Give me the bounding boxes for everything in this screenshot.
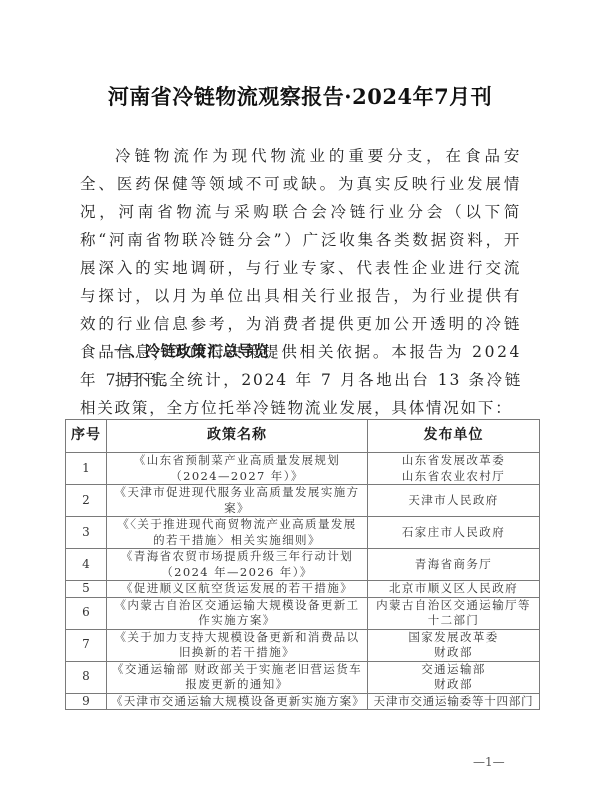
header-no: 序号	[66, 420, 107, 453]
row-no: 4	[66, 549, 107, 581]
row-issuer-line: 山东省农业农村厅	[372, 469, 535, 485]
row-issuer: 青海省商务厅	[368, 549, 540, 581]
header-policy-name: 政策名称	[107, 420, 368, 453]
row-no: 8	[66, 661, 107, 693]
table-header-row: 序号 政策名称 发布单位	[66, 420, 540, 453]
policy-summary-paragraph: 据不完全统计，2024 年 7 月各地出台 13 条冷链相关政策，全方位托举冷链…	[80, 366, 522, 422]
row-policy-name: 《内蒙古自治区交通运输大规模设备更新工作实施方案》	[107, 597, 368, 629]
row-policy-name: 《青海省农贸市场提质升级三年行动计划（2024 年—2026 年）》	[107, 549, 368, 581]
header-issuer: 发布单位	[368, 420, 540, 453]
table-row: 6 《内蒙古自治区交通运输大规模设备更新工作实施方案》 内蒙古自治区交通运输厅等…	[66, 597, 540, 629]
row-no: 7	[66, 629, 107, 661]
row-policy-name: 《天津市促进现代服务业高质量发展实施方案》	[107, 485, 368, 517]
row-issuer: 天津市人民政府	[368, 485, 540, 517]
row-issuer: 国家发展改革委 财政部	[368, 629, 540, 661]
row-issuer: 天津市交通运输委等十四部门	[368, 693, 540, 710]
row-policy-name: 《促进顺义区航空货运发展的若干措施》	[107, 581, 368, 598]
row-policy-name: 《天津市交通运输大规模设备更新实施方案》	[107, 693, 368, 710]
policy-table: 序号 政策名称 发布单位 1 《山东省预制菜产业高质量发展规划（2024—202…	[65, 419, 540, 710]
table-row: 4 《青海省农贸市场提质升级三年行动计划（2024 年—2026 年）》 青海省…	[66, 549, 540, 581]
row-issuer: 内蒙古自治区交通运输厅等十二部门	[368, 597, 540, 629]
row-policy-name: 《交通运输部 财政部关于实施老旧营运货车报废更新的通知》	[107, 661, 368, 693]
row-issuer: 石家庄市人民政府	[368, 517, 540, 549]
row-policy-name: 《〈关于推进现代商贸物流产业高质量发展的若干措施〉相关实施细则》	[107, 517, 368, 549]
row-issuer: 北京市顺义区人民政府	[368, 581, 540, 598]
table-row: 9 《天津市交通运输大规模设备更新实施方案》 天津市交通运输委等十四部门	[66, 693, 540, 710]
table-row: 7 《关于加力支持大规模设备更新和消费品以旧换新的若干措施》 国家发展改革委 财…	[66, 629, 540, 661]
table-row: 3 《〈关于推进现代商贸物流产业高质量发展的若干措施〉相关实施细则》 石家庄市人…	[66, 517, 540, 549]
document-page: 河南省冷链物流观察报告·2024年7月刊 冷链物流作为现代物流业的重要分支，在食…	[0, 0, 600, 800]
row-policy-name: 《山东省预制菜产业高质量发展规划（2024—2027 年）》	[107, 453, 368, 485]
page-number: —1—	[473, 755, 505, 769]
row-no: 3	[66, 517, 107, 549]
row-no: 6	[66, 597, 107, 629]
row-policy-name: 《关于加力支持大规模设备更新和消费品以旧换新的若干措施》	[107, 629, 368, 661]
table-row: 1 《山东省预制菜产业高质量发展规划（2024—2027 年）》 山东省发展改革…	[66, 453, 540, 485]
row-no: 5	[66, 581, 107, 598]
row-no: 2	[66, 485, 107, 517]
row-issuer: 交通运输部 财政部	[368, 661, 540, 693]
row-no: 9	[66, 693, 107, 710]
table-row: 2 《天津市促进现代服务业高质量发展实施方案》 天津市人民政府	[66, 485, 540, 517]
table-row: 5 《促进顺义区航空货运发展的若干措施》 北京市顺义区人民政府	[66, 581, 540, 598]
row-issuer: 山东省发展改革委 山东省农业农村厅	[368, 453, 540, 485]
table-row: 8 《交通运输部 财政部关于实施老旧营运货车报废更新的通知》 交通运输部 财政部	[66, 661, 540, 693]
report-title: 河南省冷链物流观察报告·2024年7月刊	[0, 82, 600, 112]
row-issuer-line: 山东省发展改革委	[372, 453, 535, 469]
row-no: 1	[66, 453, 107, 485]
section-heading-policy-overview: 一、冷链政策汇总导览	[114, 339, 269, 363]
